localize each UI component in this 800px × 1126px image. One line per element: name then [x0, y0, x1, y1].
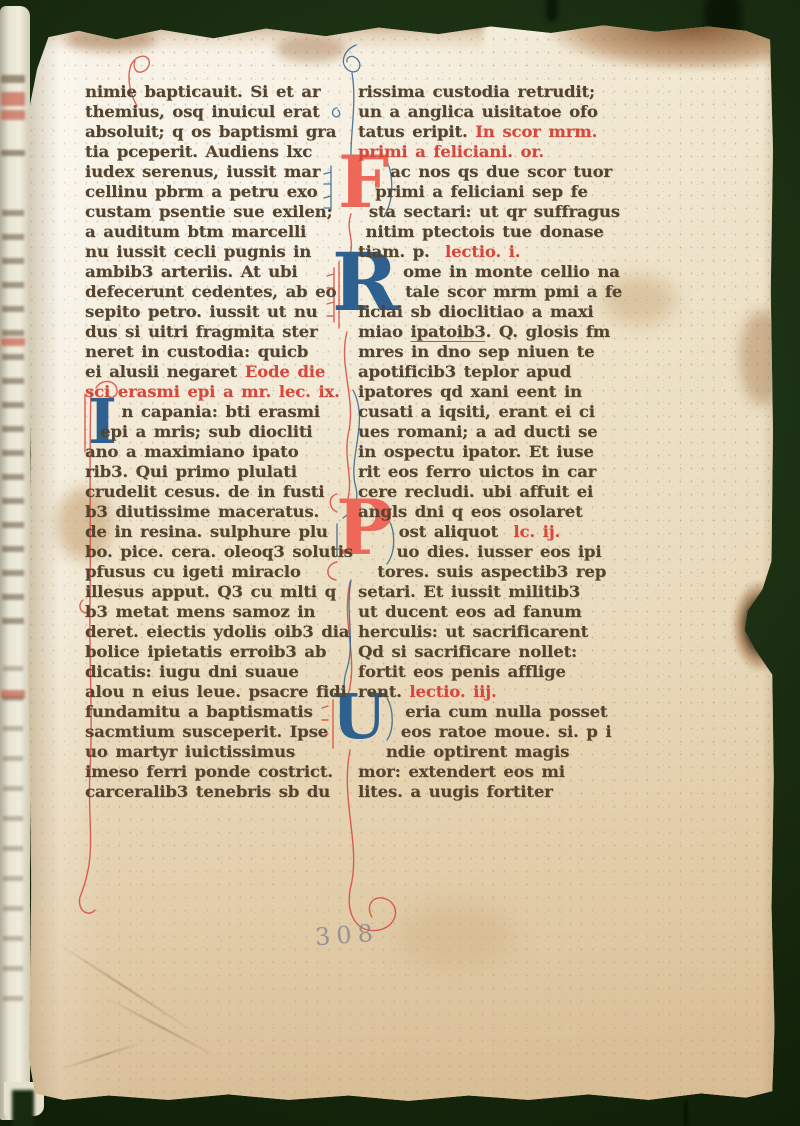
- rubric-text: Eode die: [245, 362, 326, 381]
- folio-number: 308: [314, 919, 380, 951]
- manuscript-line: uo martyr iuictissimus: [85, 742, 365, 762]
- body-text: pfusus cu igeti miraclo: [85, 562, 301, 581]
- body-text: rent.: [358, 682, 409, 701]
- rubric-text: primi a feliciani. or.: [358, 142, 544, 161]
- body-text: illesus apput. Q3 cu mlti q: [85, 582, 336, 601]
- manuscript-line: custam psentie sue exilen;: [85, 202, 365, 222]
- manuscript-line: ome in monte cellio na: [358, 262, 660, 282]
- parchment-stain: [66, 28, 156, 52]
- body-text: mres in dno sep niuen te: [358, 342, 594, 361]
- manuscript-line: alou n eius leue. psacre fidi: [85, 682, 365, 702]
- cloth-fold-shadow: [546, 0, 558, 22]
- edge-text-mark: [1, 338, 25, 346]
- edge-text-mark: [1, 150, 25, 156]
- body-text: un a anglica uisitatoe ofo: [358, 102, 598, 121]
- manuscript-line: tale scor mrm pmi a fe: [358, 282, 660, 302]
- manuscript-line: nu iussit cecli pugnis in: [85, 242, 365, 262]
- manuscript-line: fundamitu a baptismatis: [85, 702, 365, 722]
- body-text: angls dni q eos osolaret: [358, 502, 583, 521]
- manuscript-line: primi a feliciani. or.: [358, 142, 660, 162]
- manuscript-line: dus si uitri fragmita ster: [85, 322, 365, 342]
- body-text: tiam. p.: [358, 242, 445, 261]
- body-text: rit eos ferro uictos in car: [358, 462, 596, 481]
- rubric-text: In scor mrm.: [475, 122, 597, 141]
- body-text: ano a maximiano ipato: [85, 442, 298, 461]
- parchment-stain: [740, 310, 784, 405]
- body-text: rissima custodia retrudit;: [358, 82, 595, 101]
- body-text: imeso ferri ponde costrict.: [85, 762, 333, 781]
- body-text: alou n eius leue. psacre fidi: [85, 682, 346, 701]
- body-text: eria cum nulla posset: [405, 702, 607, 721]
- manuscript-line: imeso ferri ponde costrict.: [85, 762, 365, 782]
- manuscript-line: de in resina. sulphure plu: [85, 522, 365, 542]
- manuscript-line: cusati a iqsiti, erant ei ci: [358, 402, 660, 422]
- body-text: n capania: bti erasmi: [121, 402, 320, 421]
- manuscript-line: carceralib3 tenebris sb du: [85, 782, 365, 802]
- manuscript-line: fortit eos penis afflige: [358, 662, 660, 682]
- text-column-left: nimie bapticauit. Si et arthemius, osq i…: [85, 82, 347, 802]
- body-text: themius, osq inuicul erat: [85, 102, 320, 121]
- manuscript-line: rent. lectio. iij.: [358, 682, 660, 702]
- manuscript-line: tatus eripit. In scor mrm.: [358, 122, 660, 142]
- manuscript-line: lites. a uugis fortiter: [358, 782, 660, 802]
- manuscript-line: ndie optirent magis: [358, 742, 660, 762]
- body-text: bo. pice. cera. oleoq3 solutis: [85, 542, 353, 561]
- body-text: crudelit cesus. de in fusti: [85, 482, 324, 501]
- body-text: ipatoib3: [411, 322, 486, 342]
- parchment-stain: [396, 900, 516, 970]
- body-text: setari. Et iussit militib3: [358, 582, 580, 601]
- manuscript-line: miao ipatoib3. Q. glosis fm: [358, 322, 660, 342]
- body-text: mor: extendert eos mi: [358, 762, 565, 781]
- manuscript-line: iudex serenus, iussit mar: [85, 162, 365, 182]
- rubric-text: lc. ij.: [513, 522, 560, 541]
- manuscript-line: cere recludi. ubi affuit ei: [358, 482, 660, 502]
- manuscript-line: dicatis: iugu dni suaue: [85, 662, 365, 682]
- body-text: ut ducent eos ad fanum: [358, 602, 582, 621]
- body-text: a auditum btm marcelli: [85, 222, 306, 241]
- body-text: b3 metat mens samoz in: [85, 602, 315, 621]
- body-text: Qd si sacrificare nollet:: [358, 642, 577, 661]
- body-text: nu iussit cecli pugnis in: [85, 242, 311, 261]
- manuscript-line: mor: extendert eos mi: [358, 762, 660, 782]
- cloth-crease-shadow: [684, 1100, 688, 1126]
- manuscript-line: cellinu pbrm a petru exo: [85, 182, 365, 202]
- body-text: cere recludi. ubi affuit ei: [358, 482, 593, 501]
- manuscript-line: deret. eiectis ydolis oib3 dia: [85, 622, 365, 642]
- edge-text-mark: [1, 110, 25, 120]
- manuscript-line: tiam. p. lectio. i.: [358, 242, 660, 262]
- manuscript-line: setari. Et iussit militib3: [358, 582, 660, 602]
- manuscript-line: un a anglica uisitatoe ofo: [358, 102, 660, 122]
- manuscript-line: rib3. Qui primo plulati: [85, 462, 365, 482]
- manuscript-line: angls dni q eos osolaret: [358, 502, 660, 522]
- body-text: defecerunt cedentes, ab eo: [85, 282, 336, 301]
- manuscript-line: illesus apput. Q3 cu mlti q: [85, 582, 365, 602]
- manuscript-line: crudelit cesus. de in fusti: [85, 482, 365, 502]
- manuscript-line: ost aliquot lc. ij.: [358, 522, 660, 542]
- rubric-text: lectio. iij.: [409, 682, 496, 701]
- body-text: b3 diutissime maceratus.: [85, 502, 319, 521]
- body-text: uo martyr iuictissimus: [85, 742, 295, 761]
- body-text: cusati a iqsiti, erant ei ci: [358, 402, 595, 421]
- manuscript-line: rit eos ferro uictos in car: [358, 462, 660, 482]
- manuscript-line: liciai sb dioclitiao a maxi: [358, 302, 660, 322]
- body-text: ost aliquot: [399, 522, 514, 541]
- book-edge-strip: [0, 6, 30, 1120]
- body-text: ome in monte cellio na: [403, 262, 620, 281]
- body-text: miao: [358, 322, 411, 341]
- manuscript-line: primi a feliciani sep fe: [358, 182, 660, 202]
- manuscript-line: mres in dno sep niuen te: [358, 342, 660, 362]
- body-text: dicatis: iugu dni suaue: [85, 662, 299, 681]
- manuscript-line: ut ducent eos ad fanum: [358, 602, 660, 622]
- manuscript-line: epi a mris; sub diocliti: [85, 422, 365, 442]
- manuscript-photo-scene: FRIPU nimie bapticauit. Si et arthemius,…: [0, 0, 800, 1126]
- body-text: ambib3 arteriis. At ubi: [85, 262, 297, 281]
- body-text: epi a mris; sub diocliti: [100, 422, 312, 441]
- manuscript-line: rissima custodia retrudit;: [358, 82, 660, 102]
- body-text: sta sectari: ut qr suffragus: [369, 202, 620, 221]
- body-text: deret. eiectis ydolis oib3 dia: [85, 622, 349, 641]
- edge-damage-notch: [732, 580, 790, 672]
- body-text: nimie bapticauit. Si et ar: [85, 82, 320, 101]
- manuscript-line: apotificib3 teplor apud: [358, 362, 660, 382]
- manuscript-line: eria cum nulla posset: [358, 702, 660, 722]
- manuscript-line: uo dies. iusser eos ipi: [358, 542, 660, 562]
- body-text: apotificib3 teplor apud: [358, 362, 571, 381]
- body-text: ac nos qs due scor tuor: [390, 162, 612, 181]
- manuscript-line: defecerunt cedentes, ab eo: [85, 282, 365, 302]
- manuscript-line: tia pceperit. Audiens lxc: [85, 142, 365, 162]
- manuscript-line: sta sectari: ut qr suffragus: [358, 202, 660, 222]
- body-text: lites. a uugis fortiter: [358, 782, 553, 801]
- manuscript-line: sepito petro. iussit ut nu: [85, 302, 365, 322]
- body-text: absoluit; q os baptismi gra: [85, 122, 336, 141]
- body-text: nitim ptectois tue donase: [365, 222, 603, 241]
- body-text: rib3. Qui primo plulati: [85, 462, 297, 481]
- manuscript-line: neret in custodia: quicb: [85, 342, 365, 362]
- manuscript-line: tores. suis aspectib3 rep: [358, 562, 660, 582]
- manuscript-line: ipatores qd xani eent in: [358, 382, 660, 402]
- manuscript-line: ei alusii negaret Eode die: [85, 362, 365, 382]
- manuscript-line: ambib3 arteriis. At ubi: [85, 262, 365, 282]
- body-text: iudex serenus, iussit mar: [85, 162, 320, 181]
- manuscript-line: ano a maximiano ipato: [85, 442, 365, 462]
- body-text: tatus eripit.: [358, 122, 475, 141]
- body-text: neret in custodia: quicb: [85, 342, 308, 361]
- body-text: bolice ipietatis erroib3 ab: [85, 642, 326, 661]
- body-text: fundamitu a baptismatis: [85, 702, 313, 721]
- parchment-stain: [276, 36, 346, 62]
- text-column-right: rissima custodia retrudit;un a anglica u…: [358, 82, 640, 802]
- manuscript-line: sacmtium susceperit. Ipse: [85, 722, 365, 742]
- manuscript-line: absoluit; q os baptismi gra: [85, 122, 365, 142]
- manuscript-line: pfusus cu igeti miraclo: [85, 562, 365, 582]
- body-text: tia pceperit. Audiens lxc: [85, 142, 312, 161]
- body-text: ues romani; a ad ducti se: [358, 422, 597, 441]
- rubric-text: lectio. i.: [445, 242, 520, 261]
- body-text: uo dies. iusser eos ipi: [397, 542, 602, 561]
- body-text: liciai sb dioclitiao a maxi: [358, 302, 594, 321]
- manuscript-line: themius, osq inuicul erat: [85, 102, 365, 122]
- edge-text-mark: [1, 75, 25, 83]
- manuscript-line: herculis: ut sacrificarent: [358, 622, 660, 642]
- edge-text-mark: [1, 690, 25, 699]
- manuscript-line: b3 metat mens samoz in: [85, 602, 365, 622]
- body-text: ei alusii negaret: [85, 362, 245, 381]
- manuscript-line: nimie bapticauit. Si et ar: [85, 82, 365, 102]
- body-text: in ospectu ipator. Et iuse: [358, 442, 594, 461]
- parchment-stain: [548, 10, 788, 70]
- body-text: cellinu pbrm a petru exo: [85, 182, 318, 201]
- body-text: de in resina. sulphure plu: [85, 522, 328, 541]
- manuscript-line: eos ratoe moue. si. p i: [358, 722, 660, 742]
- manuscript-line: a auditum btm marcelli: [85, 222, 365, 242]
- body-text: carceralib3 tenebris sb du: [85, 782, 330, 801]
- manuscript-line: bo. pice. cera. oleoq3 solutis: [85, 542, 365, 562]
- body-text: dus si uitri fragmita ster: [85, 322, 318, 341]
- manuscript-line: bolice ipietatis erroib3 ab: [85, 642, 365, 662]
- edge-text-mark: [1, 92, 25, 106]
- body-text: primi a feliciani sep fe: [375, 182, 588, 201]
- manuscript-line: sci erasmi epi a mr. lec. ix.: [85, 382, 365, 402]
- body-text: ipatores qd xani eent in: [358, 382, 582, 401]
- body-text: custam psentie sue exilen;: [85, 202, 332, 221]
- body-text: tale scor mrm pmi a fe: [405, 282, 622, 301]
- manuscript-line: nitim ptectois tue donase: [358, 222, 660, 242]
- manuscript-line: n capania: bti erasmi: [85, 402, 365, 422]
- body-text: . Q. glosis fm: [486, 322, 611, 341]
- body-text: fortit eos penis afflige: [358, 662, 566, 681]
- background-patch: [12, 1090, 34, 1126]
- manuscript-line: in ospectu ipator. Et iuse: [358, 442, 660, 462]
- rubric-text: sci erasmi epi a mr. lec. ix.: [85, 382, 340, 401]
- body-text: herculis: ut sacrificarent: [358, 622, 588, 641]
- manuscript-line: Qd si sacrificare nollet:: [358, 642, 660, 662]
- manuscript-line: ues romani; a ad ducti se: [358, 422, 660, 442]
- manuscript-line: ac nos qs due scor tuor: [358, 162, 660, 182]
- body-text: sacmtium susceperit. Ipse: [85, 722, 328, 741]
- body-text: eos ratoe moue. si. p i: [401, 722, 612, 741]
- body-text: tores. suis aspectib3 rep: [377, 562, 606, 581]
- manuscript-line: b3 diutissime maceratus.: [85, 502, 365, 522]
- body-text: sepito petro. iussit ut nu: [85, 302, 318, 321]
- body-text: ndie optirent magis: [386, 742, 569, 761]
